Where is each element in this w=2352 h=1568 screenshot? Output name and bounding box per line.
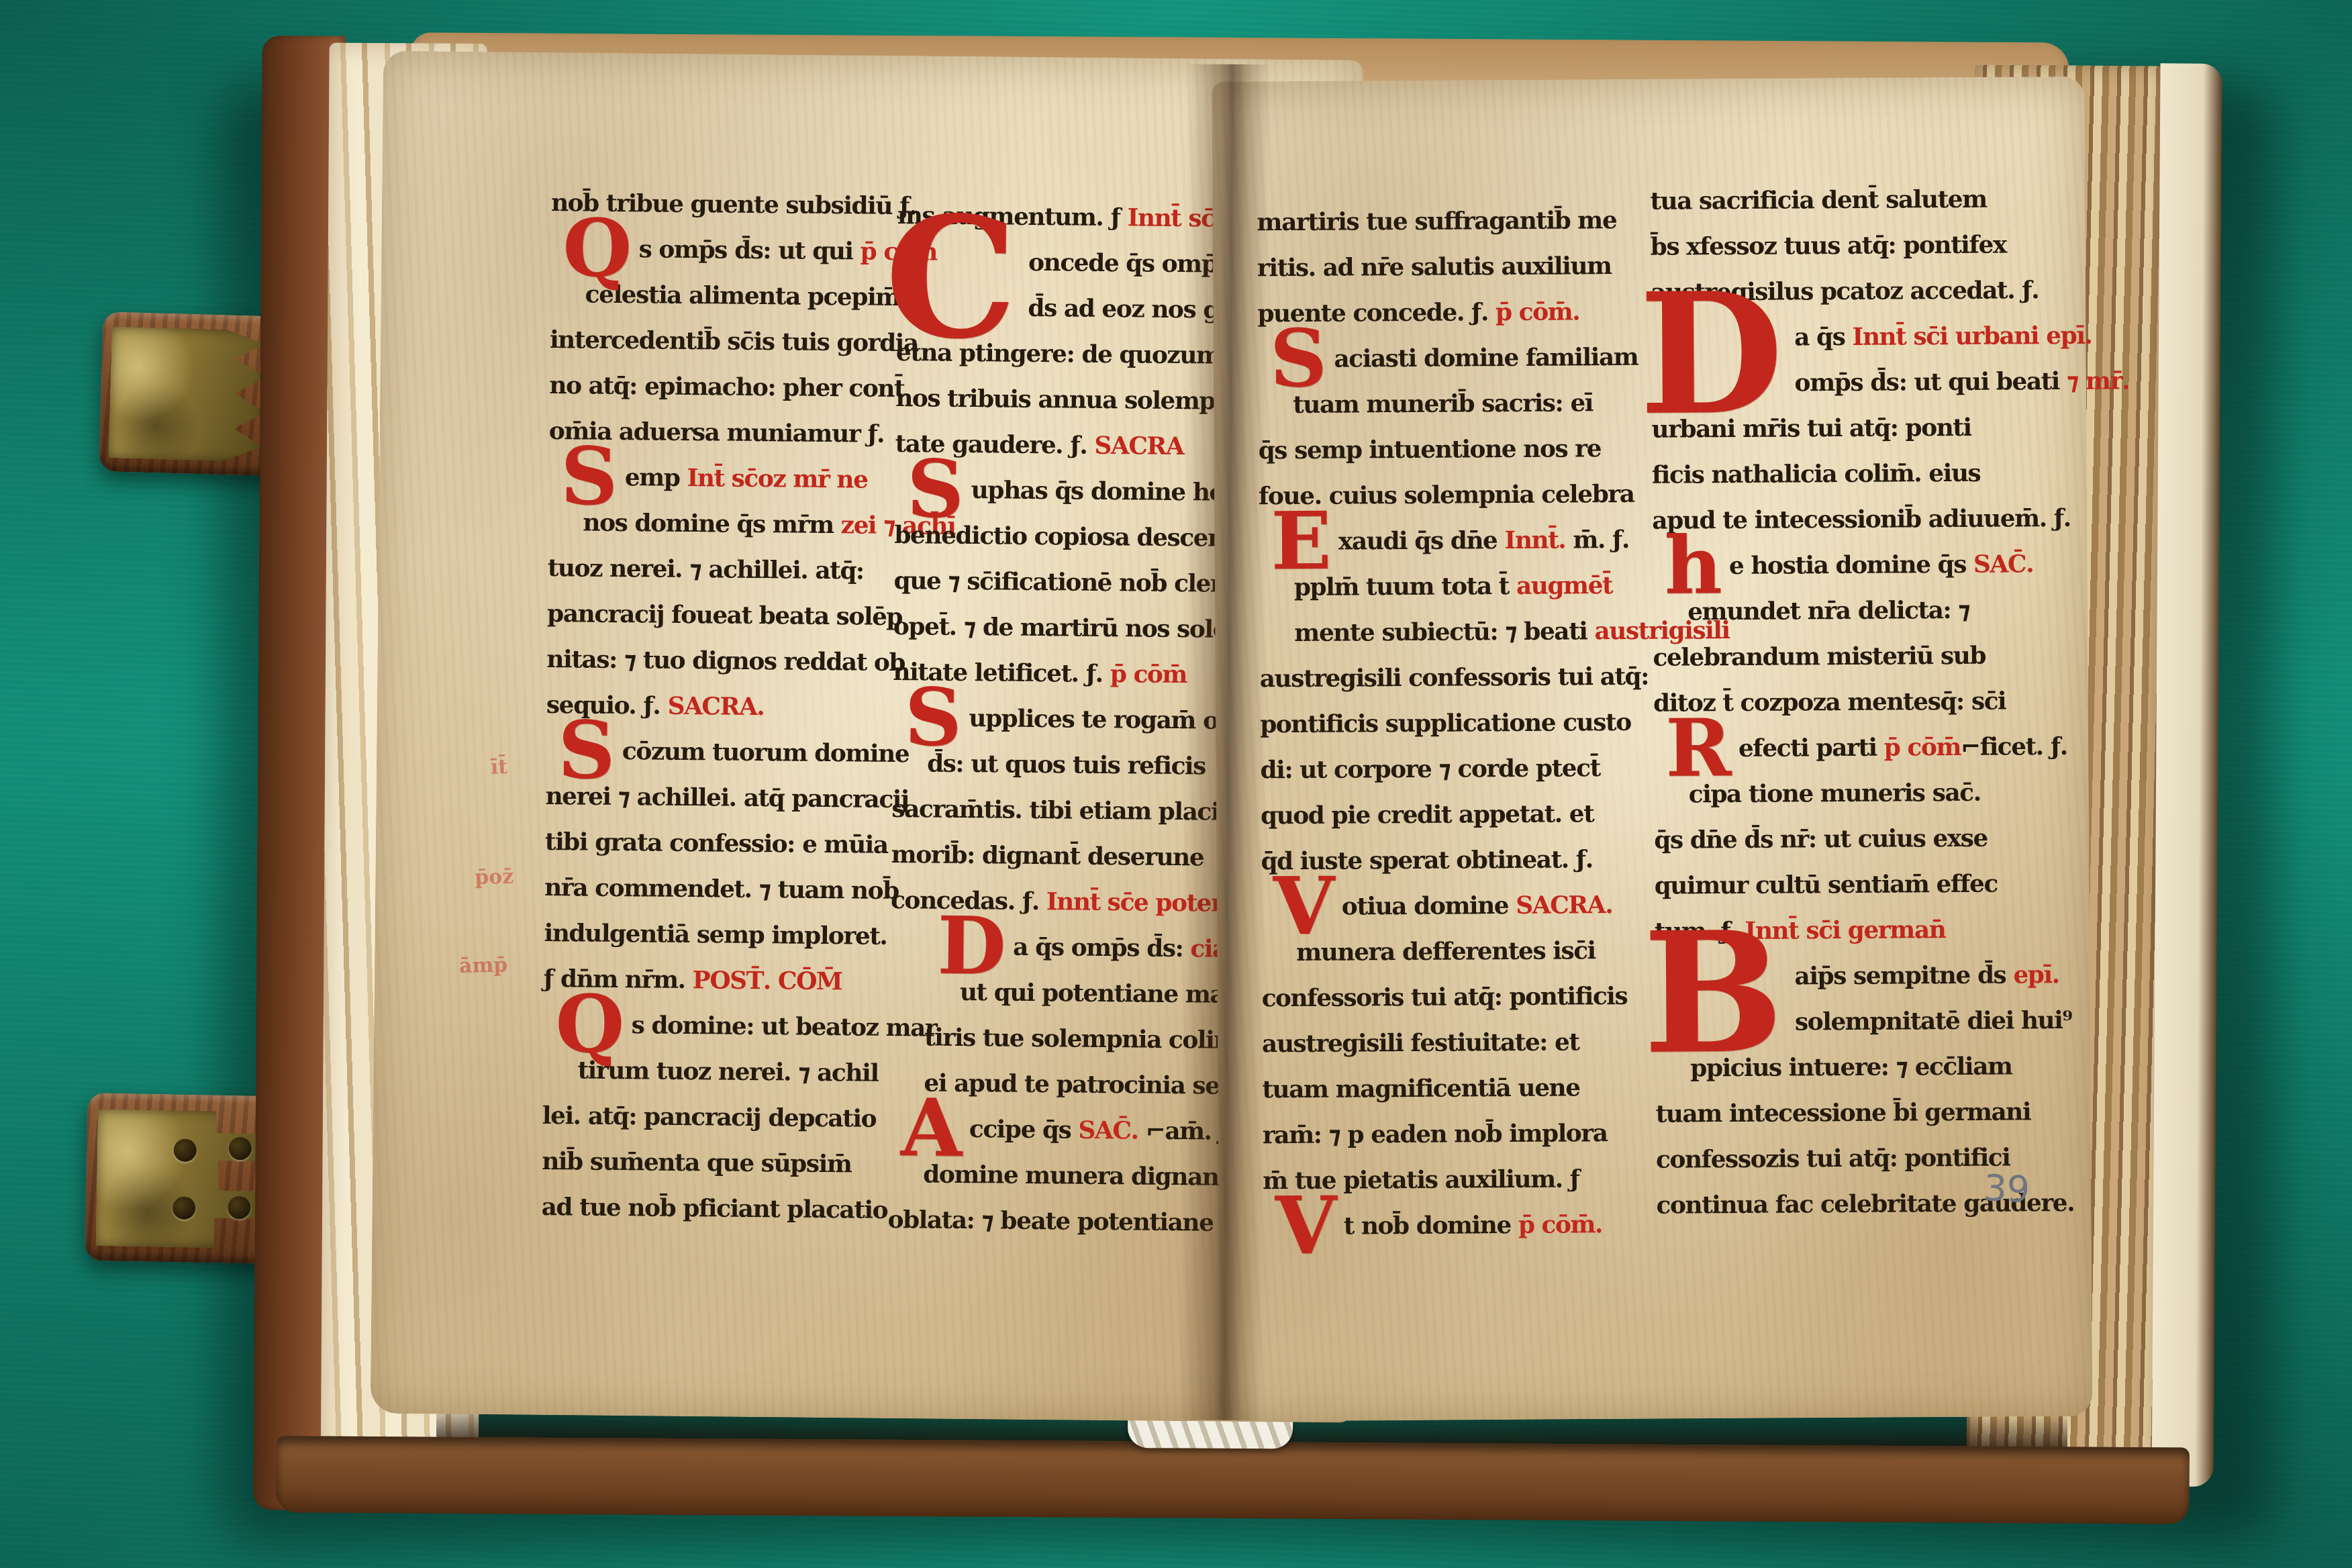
ink-text: tibi grata confessio: e mūia xyxy=(545,828,888,859)
ink-text: emp xyxy=(625,463,687,492)
text-line: confessoris tui atq̄: pontificis xyxy=(1261,975,1637,1022)
illuminated-initial: V xyxy=(1273,881,1334,932)
ink-text: tua sacrificia dent̄ salutem xyxy=(1650,185,1987,215)
ink-text: a q̄s xyxy=(1794,323,1853,352)
ink-text: ram̄: ⁊ p eaden nob̄ implora xyxy=(1263,1119,1608,1149)
text-line: Refecti parti p̄ cōm̄⌐ficet. ƒ. xyxy=(1653,725,2043,773)
ink-text: lei. atq̄: pancracij depcatio xyxy=(542,1101,877,1133)
ink-text: tuam intecessione b̄i germani xyxy=(1656,1097,2031,1128)
illuminated-initial: Q xyxy=(555,999,624,1049)
ink-text: martiris tue suffragantib̄ me xyxy=(1257,206,1616,236)
text-line: di: ut corpore ⁊ corde ptect̄ xyxy=(1260,746,1636,794)
ink-text: xaudi q̄s dn̄e xyxy=(1338,526,1505,556)
ink-text: cipa tione muneris sac̄. xyxy=(1689,779,1981,809)
text-line: martiris tue suffragantib̄ me xyxy=(1257,199,1632,246)
text-line: Votiua domine SACRA. xyxy=(1261,883,1637,931)
page-number: 39 xyxy=(1983,1167,2031,1211)
ink-text: t nob̄ domine xyxy=(1344,1211,1518,1240)
illuminated-initial: C xyxy=(884,228,1016,330)
rubric-text: SACRA. xyxy=(667,692,764,721)
rubric-text: p̄ cōm̄ xyxy=(1884,733,1961,762)
ink-text: morib̄: dignant̄ deserune xyxy=(891,840,1204,871)
ink-text: efecti parti xyxy=(1738,734,1884,763)
rubric-text: epī. xyxy=(2013,961,2059,989)
ink-text: emundet nr̄a delicta: ⁊ xyxy=(1687,596,1969,626)
right-page: martiris tue suffragantib̄ meritis. ad n… xyxy=(1212,77,2092,1422)
ink-text: nos domine q̄s mr̄m xyxy=(583,509,841,540)
ink-text: q̄s dn̄e d̄s nr̄: ut cuius exse xyxy=(1654,824,1988,854)
text-line: Exaudi q̄s dn̄e Innt̄. m̄. ƒ. xyxy=(1259,518,1634,566)
text-line: tuam magnificentiā uene xyxy=(1262,1066,1638,1114)
text-line: tibi grata confessio: e mūia xyxy=(545,820,888,869)
ink-text: q̄s semp intuentione nos re xyxy=(1258,434,1601,464)
text-line: Semp Int̄ sc̄oz mr̄ ne xyxy=(548,455,891,504)
illuminated-initial: D xyxy=(1638,304,1782,405)
manuscript-book: nob̄ tribue guente subsidiū ƒ.Qs omp̄s d… xyxy=(234,32,2243,1531)
ink-text: confessozis tui atq̄: pontifici xyxy=(1656,1144,2010,1174)
text-line: quod pie credit appetat. et xyxy=(1261,792,1636,840)
ink-text: di: ut corpore ⁊ corde ptect̄ xyxy=(1260,754,1600,784)
ink-text: confessoris tui atq̄: pontificis xyxy=(1261,982,1627,1012)
ink-text: nr̄a commendet. ⁊ tuam nob̄ xyxy=(544,873,899,905)
ink-text: nib̄ sum̄enta que sūpsim̄ xyxy=(542,1147,851,1178)
text-line: Qs domine: ut beatoz mar xyxy=(543,1003,886,1052)
ink-text: no atq̄: epimacho: pher cont̄ xyxy=(549,371,904,403)
text-line: Da q̄s Innt̄ sc̄i urbani epī. xyxy=(1651,314,2040,362)
text-line: Scōzum tuorum domine xyxy=(546,729,889,778)
text-line: ritis. ad nr̄e salutis auxilium xyxy=(1257,244,1633,292)
ink-text: celebrandum misteriū sub xyxy=(1653,642,1986,672)
ink-text: munera defferentes isc̄i xyxy=(1296,936,1596,967)
rubric-text: Innt̄. xyxy=(1504,526,1565,555)
text-line: Qs omp̄s d̄s: ut qui p̄ cōm̄ xyxy=(550,227,893,276)
text-line: q̄s dn̄e d̄s nr̄: ut cuius exse xyxy=(1654,816,2043,865)
margin-note: p̄oz̄ xyxy=(475,865,514,889)
ink-text: m̄. ƒ. xyxy=(1565,526,1629,554)
rubric-text: POST̄. CŌM̄ xyxy=(692,966,842,995)
illuminated-initial: S xyxy=(1270,334,1326,384)
text-line: pontificis supplicatione custo xyxy=(1260,701,1636,748)
ink-text: indulgentiā semp imploret. xyxy=(544,919,887,950)
text-line: intercedentib̄ sc̄is tuis gordia xyxy=(550,318,893,367)
text-line: celebrandum misteriū sub xyxy=(1653,634,2042,682)
rubric-text: SAC̄. xyxy=(1078,1116,1138,1145)
text-line: nr̄a commendet. ⁊ tuam nob̄ xyxy=(544,866,887,915)
illuminated-initial: E xyxy=(1271,516,1330,567)
text-line: q̄s semp intuentione nos re xyxy=(1258,427,1634,475)
ink-text: e hostia domine q̄s xyxy=(1729,550,1973,580)
illuminated-initial: B xyxy=(1643,943,1783,1044)
ink-text: ad tue nob̄ pficiant placatio xyxy=(541,1193,887,1224)
text-line: pancracij foueat beata solēp xyxy=(547,592,890,641)
rubric-text: SACRA xyxy=(1094,432,1183,460)
text-line: indulgentiā semp imploret. xyxy=(544,912,887,961)
ink-text: d̄s: ut quos tuis reficis xyxy=(927,749,1206,780)
rubric-text: SACRA. xyxy=(1516,891,1612,920)
illuminated-initial: A xyxy=(900,1103,961,1153)
manuscript-photograph: nob̄ tribue guente subsidiū ƒ.Qs omp̄s d… xyxy=(0,0,2352,1568)
margin-note: āmp̄ xyxy=(459,953,508,978)
text-line: ram̄: ⁊ p eaden nob̄ implora xyxy=(1263,1112,1638,1159)
text-line: austregisili festiuitate: et xyxy=(1262,1020,1638,1068)
ink-text: s omp̄s d̄s: ut qui xyxy=(638,235,860,265)
ink-text: cōzum tuorum domine xyxy=(622,737,910,768)
text-line: tua sacrificia dent̄ salutem xyxy=(1650,177,2039,226)
text-line: Saciasti domine familiam xyxy=(1258,336,1634,383)
rubric-text: augmēt̄ xyxy=(1516,571,1613,600)
text-column: martiris tue suffragantib̄ meritis. ad n… xyxy=(1257,199,1639,1251)
text-line: tuoz nerei. ⁊ achillei. atq̄: xyxy=(547,546,890,595)
text-line: austregisili confessoris tui atq̄: xyxy=(1259,655,1635,703)
text-line: tuam intecessione b̄i germani xyxy=(1655,1090,2045,1138)
ink-text: nitas: ⁊ tuo dignos reddat ob xyxy=(546,645,905,677)
illuminated-initial: D xyxy=(937,921,1006,971)
illuminated-initial: Q xyxy=(562,223,631,273)
rubric-text: p̄ cōm̄. xyxy=(1496,297,1580,326)
rubric-text: SAC̄. xyxy=(1973,550,2033,579)
ink-text: otiua domine xyxy=(1342,891,1516,921)
margin-note: īt̄ xyxy=(490,755,507,779)
wooden-board-bottom xyxy=(276,1436,2190,1524)
ink-text: mente subiectū: ⁊ beati xyxy=(1294,617,1594,647)
text-line: ad tue nob̄ pficiant placatio xyxy=(541,1185,884,1234)
ink-text: ritis. ad nr̄e salutis auxilium xyxy=(1257,252,1612,282)
text-line: he hostia domine q̄s SAC̄. xyxy=(1652,542,2041,591)
text-line: Baip̄s sempitne d̄s epī. xyxy=(1655,953,2044,1001)
text-column: nob̄ tribue guente subsidiū ƒ.Qs omp̄s d… xyxy=(541,181,893,1234)
illuminated-initial: S xyxy=(907,464,963,514)
rubric-text: Int̄ sc̄oz mr̄ ne xyxy=(687,464,867,494)
illuminated-initial: S xyxy=(560,451,617,501)
text-line: mente subiectū: ⁊ beati austrigisili xyxy=(1259,609,1635,657)
illuminated-initial: S xyxy=(558,725,614,775)
illuminated-initial: V xyxy=(1275,1201,1336,1251)
ink-text: tuoz nerei. ⁊ achillei. atq̄: xyxy=(548,554,864,585)
rubric-text: p̄ cōm̄. xyxy=(1518,1210,1603,1239)
text-line: nib̄ sum̄enta que sūpsim̄ xyxy=(542,1140,885,1189)
ink-text: pancracij foueat beata solēp xyxy=(547,599,902,631)
ink-text: austregisili confessoris tui atq̄: xyxy=(1260,663,1649,693)
ink-text: ccipe q̄s xyxy=(969,1115,1079,1144)
ink-text: celestia alimenta pcepim̄. xyxy=(585,281,908,312)
text-column: tua sacrificia dent̄ salutemb̄s xfessoz … xyxy=(1650,177,2046,1230)
ink-text: aip̄s sempitne d̄s xyxy=(1794,961,2013,990)
ink-text: intercedentib̄ sc̄is tuis gordia xyxy=(550,326,918,357)
ink-text: tuam magnificentiā uene xyxy=(1262,1073,1579,1104)
illuminated-initial: R xyxy=(1665,723,1730,773)
ink-text: tuam munerib̄ sacris: eī xyxy=(1293,389,1593,419)
ink-text: quod pie credit appetat. et xyxy=(1261,799,1594,830)
ink-text: aciasti domine familiam xyxy=(1334,343,1638,373)
text-line: ficis nathalicia colim̄. eius xyxy=(1652,451,2041,499)
gutter-shadow xyxy=(1178,64,1270,1421)
ink-text: austregisili festiuitate: et xyxy=(1262,1028,1579,1058)
illuminated-initial: h xyxy=(1664,540,1721,591)
board-edge-right xyxy=(2152,63,2222,1487)
rubric-text: p̄ cōm̄ xyxy=(1110,660,1187,689)
ink-text: solempnitatē diei hui⁹ xyxy=(1795,1006,2072,1036)
text-line: Vt nob̄ domine p̄ cōm̄. xyxy=(1263,1203,1638,1251)
rubric-text: ⁊ mr̄. xyxy=(2067,366,2129,395)
ink-text: oblata: ⁊ beate potentiane xyxy=(887,1206,1213,1237)
ink-text: ⌐ficet. ƒ. xyxy=(1961,732,2067,761)
rubric-text: Innt̄ sc̄i urbani epī. xyxy=(1852,322,2092,351)
text-line: lei. atq̄: pancracij depcatio xyxy=(542,1094,885,1143)
illuminated-initial: S xyxy=(904,692,961,742)
ink-text: pontificis supplicatione custo xyxy=(1260,708,1631,738)
ink-text: omp̄s d̄s: ut qui beati xyxy=(1794,367,2067,397)
text-line: no atq̄: epimacho: pher cont̄ xyxy=(549,364,892,413)
text-line: nitas: ⁊ tuo dignos reddat ob xyxy=(546,638,889,687)
ink-text: ficis nathalicia colim̄. eius xyxy=(1652,459,1981,489)
ink-text: a q̄s omp̄s d̄s: xyxy=(1013,933,1191,963)
